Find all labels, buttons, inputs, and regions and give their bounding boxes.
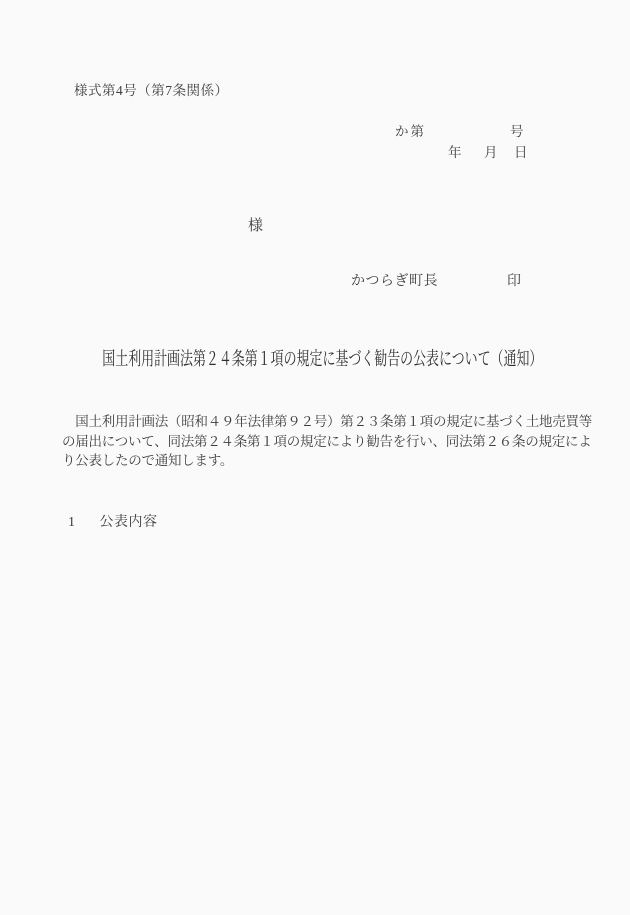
body-line-3: り公表したので通知します。 — [62, 451, 592, 471]
section-number: 1 — [68, 515, 75, 531]
addressee-honorific: 様 — [248, 214, 263, 235]
document-title-row: 国土利用計画法第２４条第１項の規定に基づく勧告の公表について（通知） — [0, 345, 630, 371]
date-day-label: 日 — [514, 141, 528, 161]
doc-number-prefix: か第 — [395, 120, 426, 140]
body-line-1: 国土利用計画法（昭和４９年法律第９２号）第２３条第１項の規定に基づく土地売買等 — [62, 412, 592, 432]
form-number: 様式第4号（第7条関係） — [74, 79, 229, 99]
section-label: 公表内容 — [100, 511, 158, 531]
doc-number-suffix: 号 — [510, 120, 524, 140]
document-page: 様式第4号（第7条関係） か第 号 年 月 日 様 かつらぎ町長 印 国土利用計… — [0, 0, 630, 915]
date-year-label: 年 — [448, 141, 462, 161]
seal-mark: 印 — [507, 270, 521, 290]
document-title: 国土利用計画法第２４条第１項の規定に基づく勧告の公表について（通知） — [102, 345, 542, 371]
section-heading: 1 公表内容 — [68, 511, 158, 531]
sender-name: かつらぎ町長 — [351, 270, 438, 290]
body-line-2: の届出について、同法第２４条第１項の規定により勧告を行い、同法第２６条の規定によ — [62, 432, 592, 452]
date-month-label: 月 — [484, 141, 498, 161]
body-paragraph: 国土利用計画法（昭和４９年法律第９２号）第２３条第１項の規定に基づく土地売買等 … — [62, 412, 592, 471]
